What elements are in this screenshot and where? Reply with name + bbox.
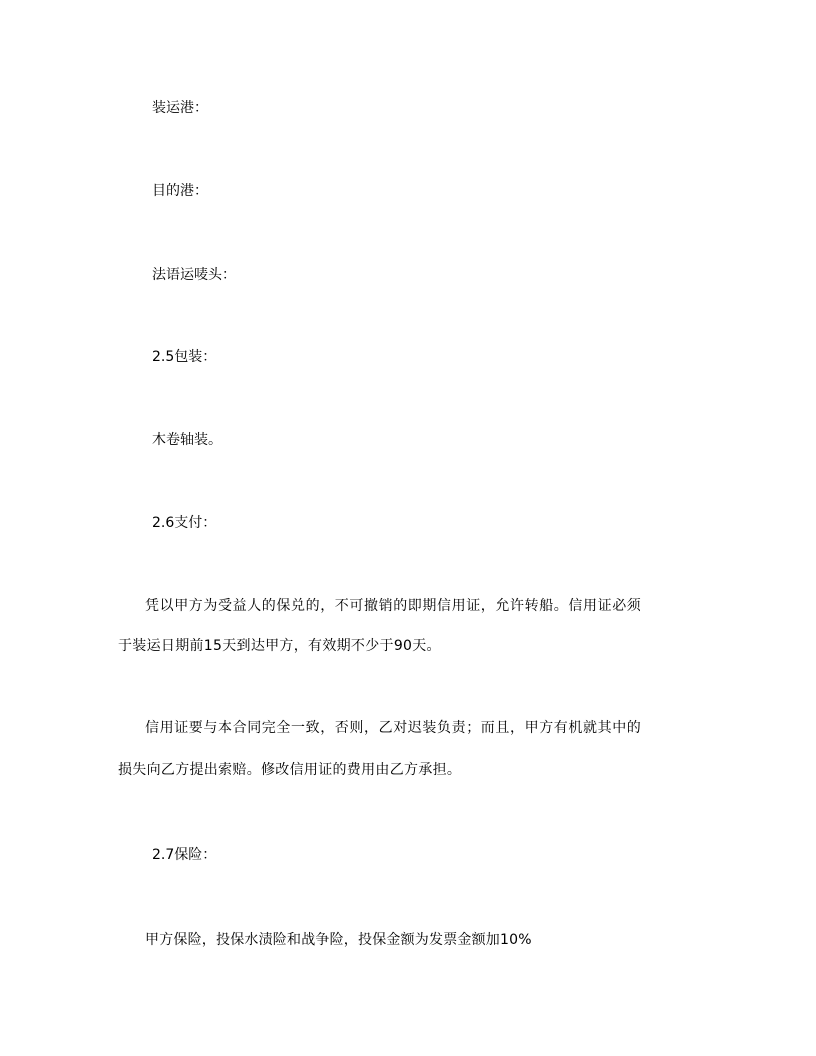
- shipping-mark-label: 法语运唛头：: [152, 267, 236, 283]
- section-2-7-heading: 2.7保险：: [152, 847, 216, 863]
- document-page: 装运港： 目的港： 法语运唛头： 2.5包装： 木卷轴装。 2.6支付： 凭以甲…: [0, 0, 816, 1056]
- loading-port-label: 装运港：: [152, 100, 208, 116]
- destination-port-label: 目的港：: [152, 183, 208, 199]
- section-2-5-heading: 2.5包装：: [152, 349, 216, 365]
- insurance-detail: 甲方保险，投保水渍险和战争险，投保金额为发票金额加10%: [145, 932, 532, 948]
- section-2-6-heading: 2.6支付：: [152, 515, 216, 531]
- payment-paragraph-2-line-2: 损失向乙方提出索赔。修改信用证的费用由乙方承担。: [118, 762, 461, 778]
- payment-paragraph-2-line-1: 信用证要与本合同完全一致，否则，乙对迟装负责；而且，甲方有机就其中的: [145, 720, 641, 736]
- packing-detail: 木卷轴装。: [152, 432, 222, 448]
- payment-paragraph-1-line-1: 凭以甲方为受益人的保兑的，不可撤销的即期信用证，允许转船。信用证必须: [145, 598, 641, 614]
- payment-paragraph-1-line-2: 于装运日期前15天到达甲方，有效期不少于90天。: [118, 638, 441, 654]
